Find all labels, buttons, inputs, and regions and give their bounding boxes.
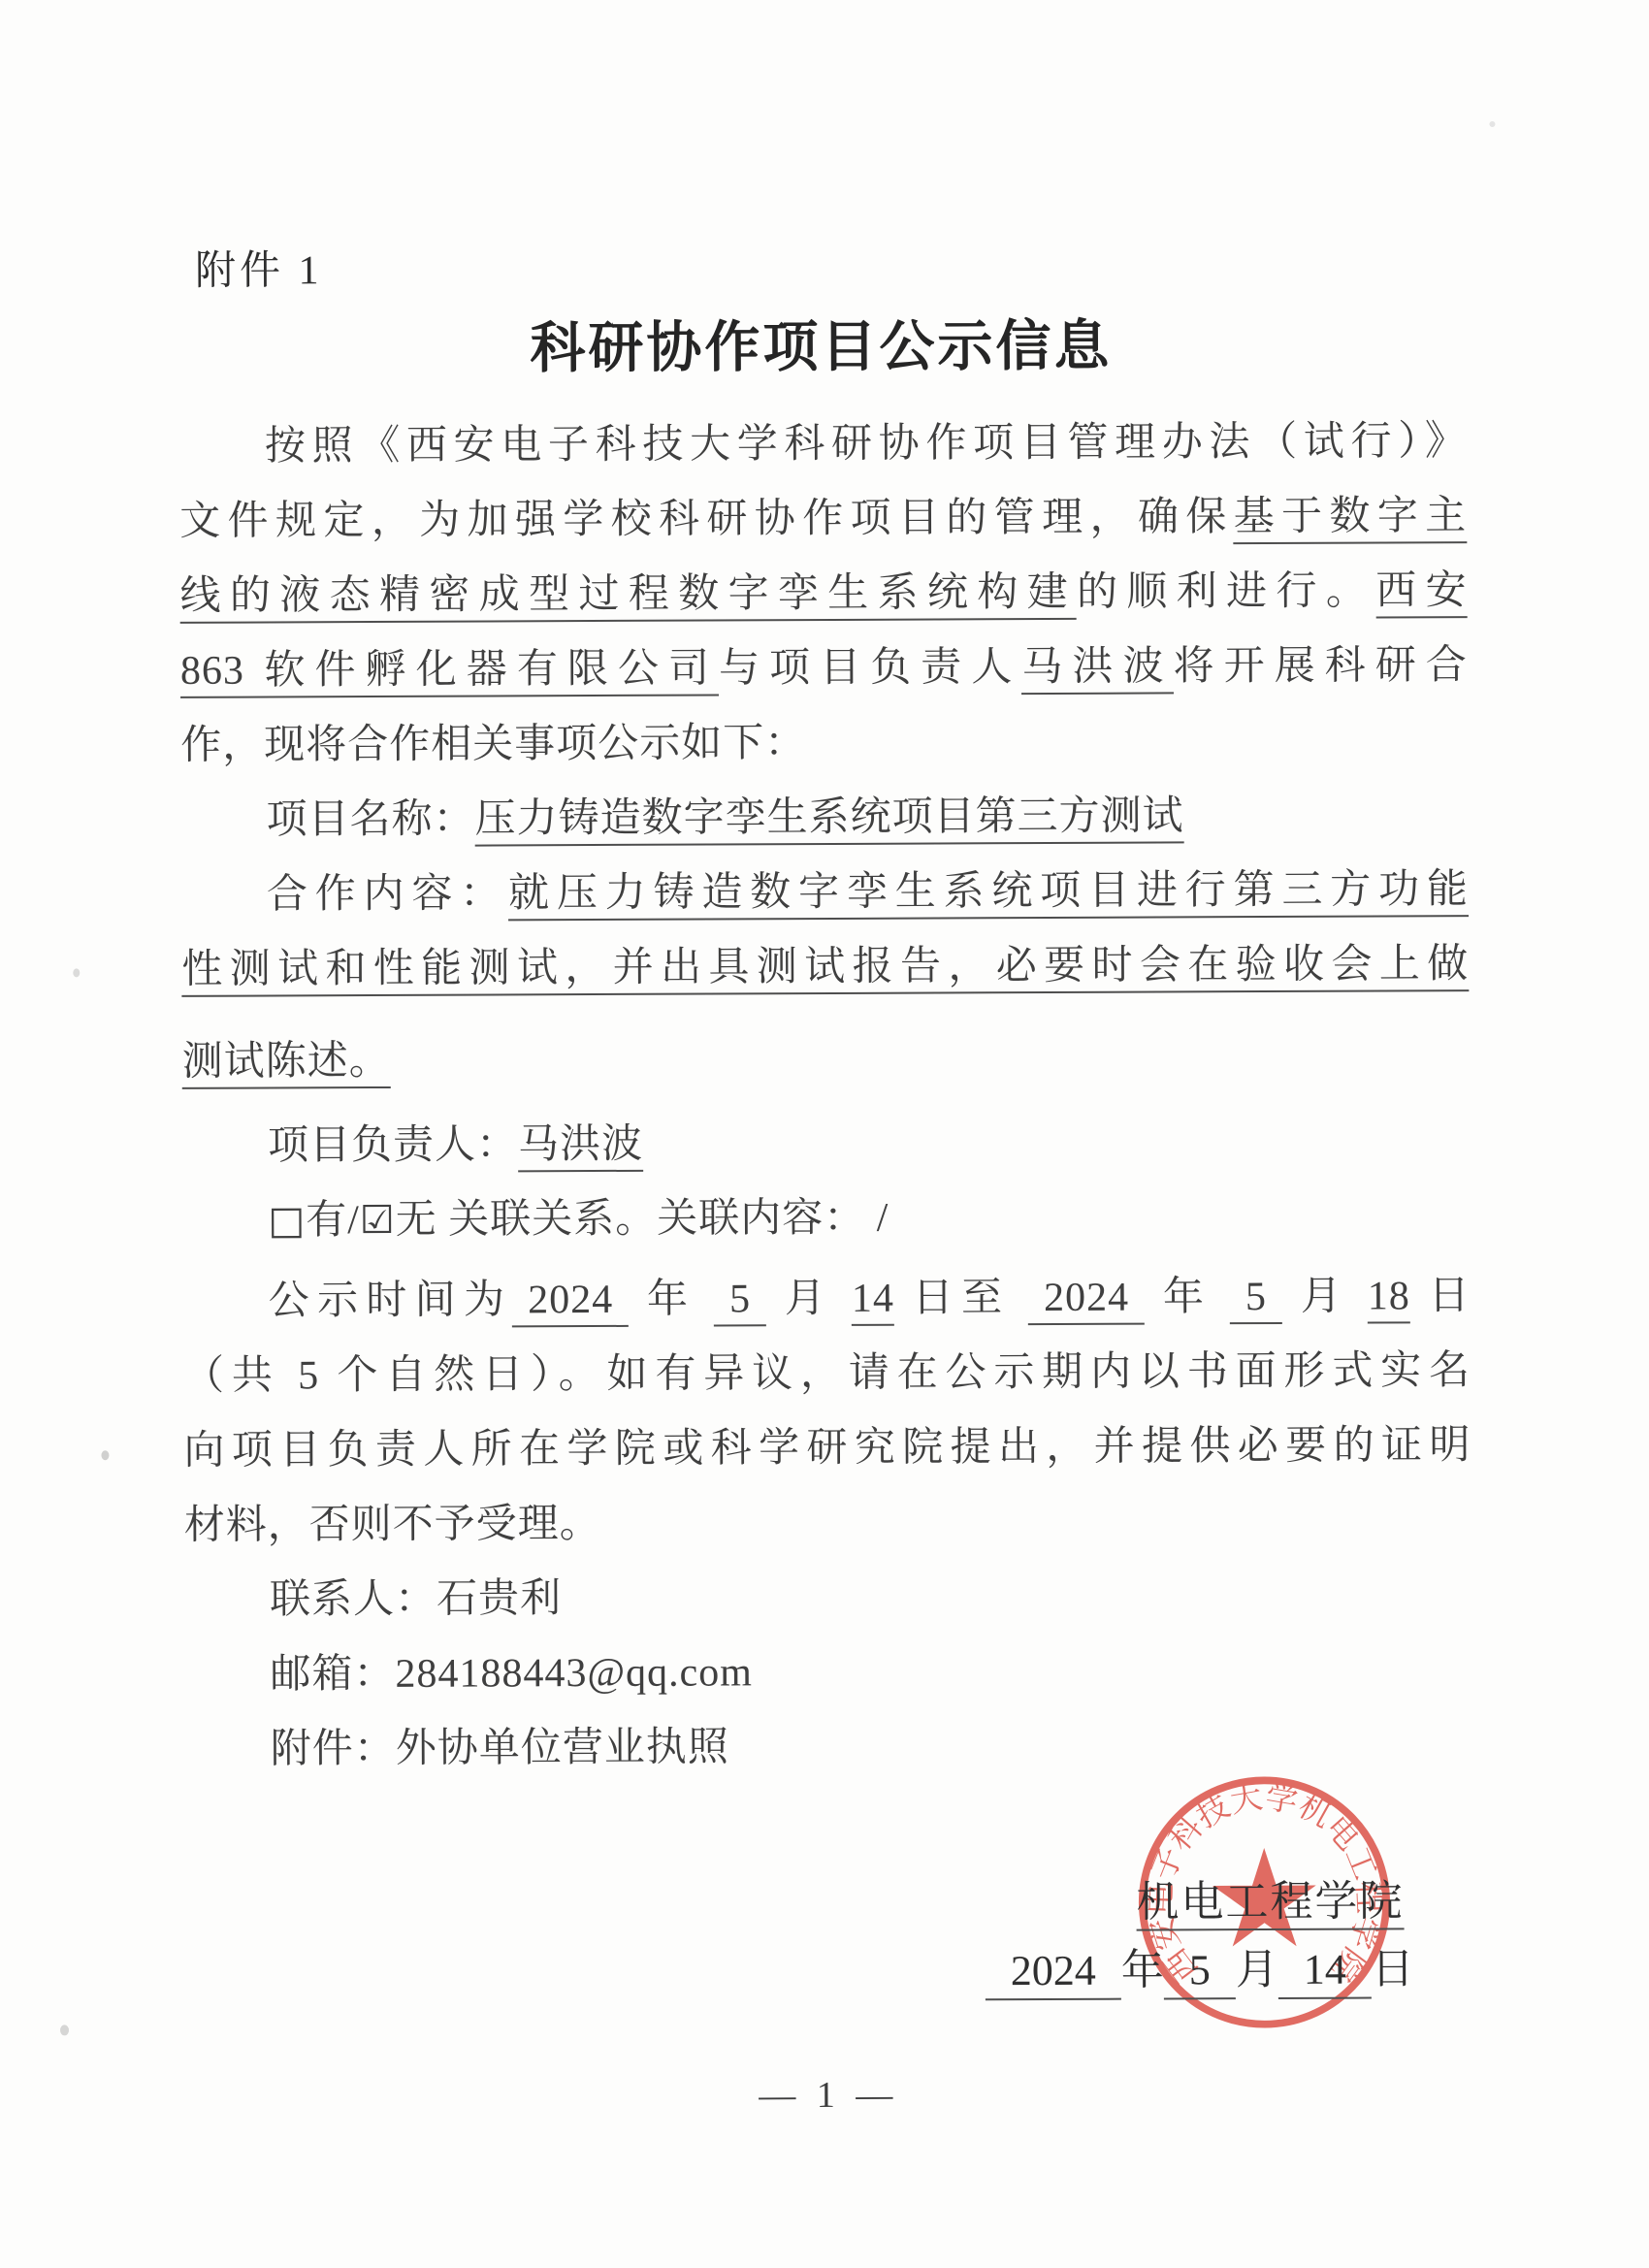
field-label: 合作内容： <box>267 871 508 917</box>
underlined-text: 马洪波 <box>1021 644 1173 695</box>
year-unit: 年 <box>1121 1946 1164 1993</box>
scan-speck <box>1489 121 1495 127</box>
scan-speck <box>73 968 80 977</box>
checkbox-unchecked-icon: □ <box>268 1198 306 1243</box>
body-text: 附件：外协单位营业执照 <box>271 1725 729 1771</box>
body-text: 文件规定，为加强学校科研协作项目的管理，确保 <box>179 495 1234 544</box>
signature-day: 14 <box>1278 1946 1372 1999</box>
body-text: 按照《西安电子科技大学科研协作项目管理办法（试行）》 <box>265 419 1467 469</box>
day-unit: 日 <box>1372 1945 1414 1993</box>
underlined-text: 测试陈述。 <box>182 1039 391 1089</box>
field-label: 项目负责人： <box>268 1122 518 1168</box>
field-value: 就压力铸造数字孪生系统项目进行第三方功能 <box>508 867 1469 921</box>
underlined-text: 基于数字主 <box>1234 494 1468 544</box>
body-line: 向项目负责人所在学院或科学研究院提出，并提供必要的证明 <box>183 1409 1471 1489</box>
signature-year: 2024 <box>986 1947 1121 2001</box>
scanned-document-page: 附件 1 科研协作项目公示信息 按照《西安电子科技大学科研协作项目管理办法（试行… <box>0 0 1649 2268</box>
public-period-line: 公示时间为2024 年 5 月 14 日至 2024 年 5 月 18 日 <box>183 1259 1471 1340</box>
attachment-label: 附件 1 <box>195 238 323 297</box>
field-value: 马洪波 <box>518 1122 643 1173</box>
body-text: 向项目负责人所在学院或科学研究院提出，并提供必要的证明 <box>183 1423 1471 1474</box>
body-line: 按照《西安电子科技大学科研协作项目管理办法（试行）》 <box>179 405 1467 485</box>
underlined-text: 性测试和性能测试，并出具测试报告，必要时会在验收会上做 <box>181 942 1469 997</box>
body-line: 863 软件孵化器有限公司与项目负责人马洪波将开展科研合 <box>180 629 1468 709</box>
month-unit: 月 <box>1236 1946 1278 1993</box>
date-value: 2024 <box>1028 1276 1145 1326</box>
field-label: 项目名称： <box>266 797 474 843</box>
scan-speck <box>101 1450 109 1460</box>
date-value: 5 <box>1230 1275 1282 1324</box>
page-number: — 1 — <box>4 2070 1649 2120</box>
project-leader-line: 项目负责人：马洪波 <box>182 1104 1470 1184</box>
relation-line: □有/☑无 关联关系。关联内容： / <box>182 1179 1470 1259</box>
body-line: 性测试和性能测试，并出具测试报告，必要时会在验收会上做 <box>181 927 1469 1008</box>
body-line: 测试陈述。 <box>182 1020 1470 1100</box>
body-line: 文件规定，为加强学校科研协作项目的管理，确保基于数字主 <box>179 479 1467 560</box>
project-name-line: 项目名称：压力铸造数字孪生系统项目第三方测试 <box>180 778 1468 859</box>
body-line: 线的液态精密成型过程数字孪生系统构建的顺利进行。西安 <box>179 554 1467 634</box>
body-text: 邮箱：284188443@qq.com <box>270 1650 753 1697</box>
email-line: 邮箱：284188443@qq.com <box>184 1633 1471 1713</box>
signature-date: 2024年5月14日 <box>986 1933 1414 1997</box>
body-text: 公示时间为 <box>269 1278 513 1323</box>
body-text: （共 5 个自然日）。如有异议，请在公示期内以书面形式实名 <box>183 1348 1471 1399</box>
body-line: 作，现将合作相关事项公示如下： <box>180 703 1468 784</box>
body-text: 的顺利进行。 <box>1077 569 1375 615</box>
underlined-text: 西安 <box>1375 568 1468 618</box>
body-text: 年 <box>1145 1275 1230 1319</box>
body-text: 有/ <box>306 1198 360 1243</box>
body-line: （共 5 个自然日）。如有异议，请在公示期内以书面形式实名 <box>183 1334 1471 1414</box>
date-value: 5 <box>714 1277 766 1326</box>
signature-department-text: 机电工程学院 <box>1136 1877 1404 1930</box>
body-text: 月 <box>766 1277 852 1321</box>
signature-month: 5 <box>1164 1946 1236 1999</box>
body-text: 作，现将合作相关事项公示如下： <box>180 721 806 768</box>
date-value: 2024 <box>512 1278 629 1328</box>
body-text: 无 关联关系。关联内容： / <box>396 1196 889 1243</box>
body-line: 材料，否则不予受理。 <box>184 1483 1471 1564</box>
checkbox-checked-icon: ☑ <box>360 1198 396 1243</box>
body-text: 年 <box>629 1277 714 1321</box>
body-text: 日至 <box>894 1276 1028 1321</box>
body-text: 将开展科研合 <box>1173 643 1468 689</box>
date-value: 14 <box>852 1277 894 1326</box>
scan-speck <box>60 2025 69 2035</box>
cooperation-content-line: 合作内容：就压力铸造数字孪生系统项目进行第三方功能 <box>181 853 1469 933</box>
body-text: 材料，否则不予受理。 <box>184 1502 601 1548</box>
document-title: 科研协作项目公示信息 <box>0 299 1646 385</box>
body-text: 联系人：石贵利 <box>270 1576 562 1622</box>
body-text: 日 <box>1410 1274 1471 1318</box>
body-text: 月 <box>1282 1275 1368 1319</box>
underlined-text: 863 软件孵化器有限公司 <box>180 646 719 697</box>
date-value: 18 <box>1368 1274 1410 1323</box>
body-text: 与项目负责人 <box>719 645 1022 691</box>
contact-line: 联系人：石贵利 <box>184 1558 1471 1638</box>
scan-content: 附件 1 科研协作项目公示信息 按照《西安电子科技大学科研协作项目管理办法（试行… <box>0 0 1649 2268</box>
document-body: 按照《西安电子科技大学科研协作项目管理办法（试行）》 文件规定，为加强学校科研协… <box>179 405 1472 1788</box>
signature-department: 机电工程学院 <box>1136 1865 1404 1928</box>
underlined-text: 线的液态精密成型过程数字孪生系统构建 <box>179 570 1077 624</box>
field-value: 压力铸造数字孪生系统项目第三方测试 <box>474 794 1183 846</box>
